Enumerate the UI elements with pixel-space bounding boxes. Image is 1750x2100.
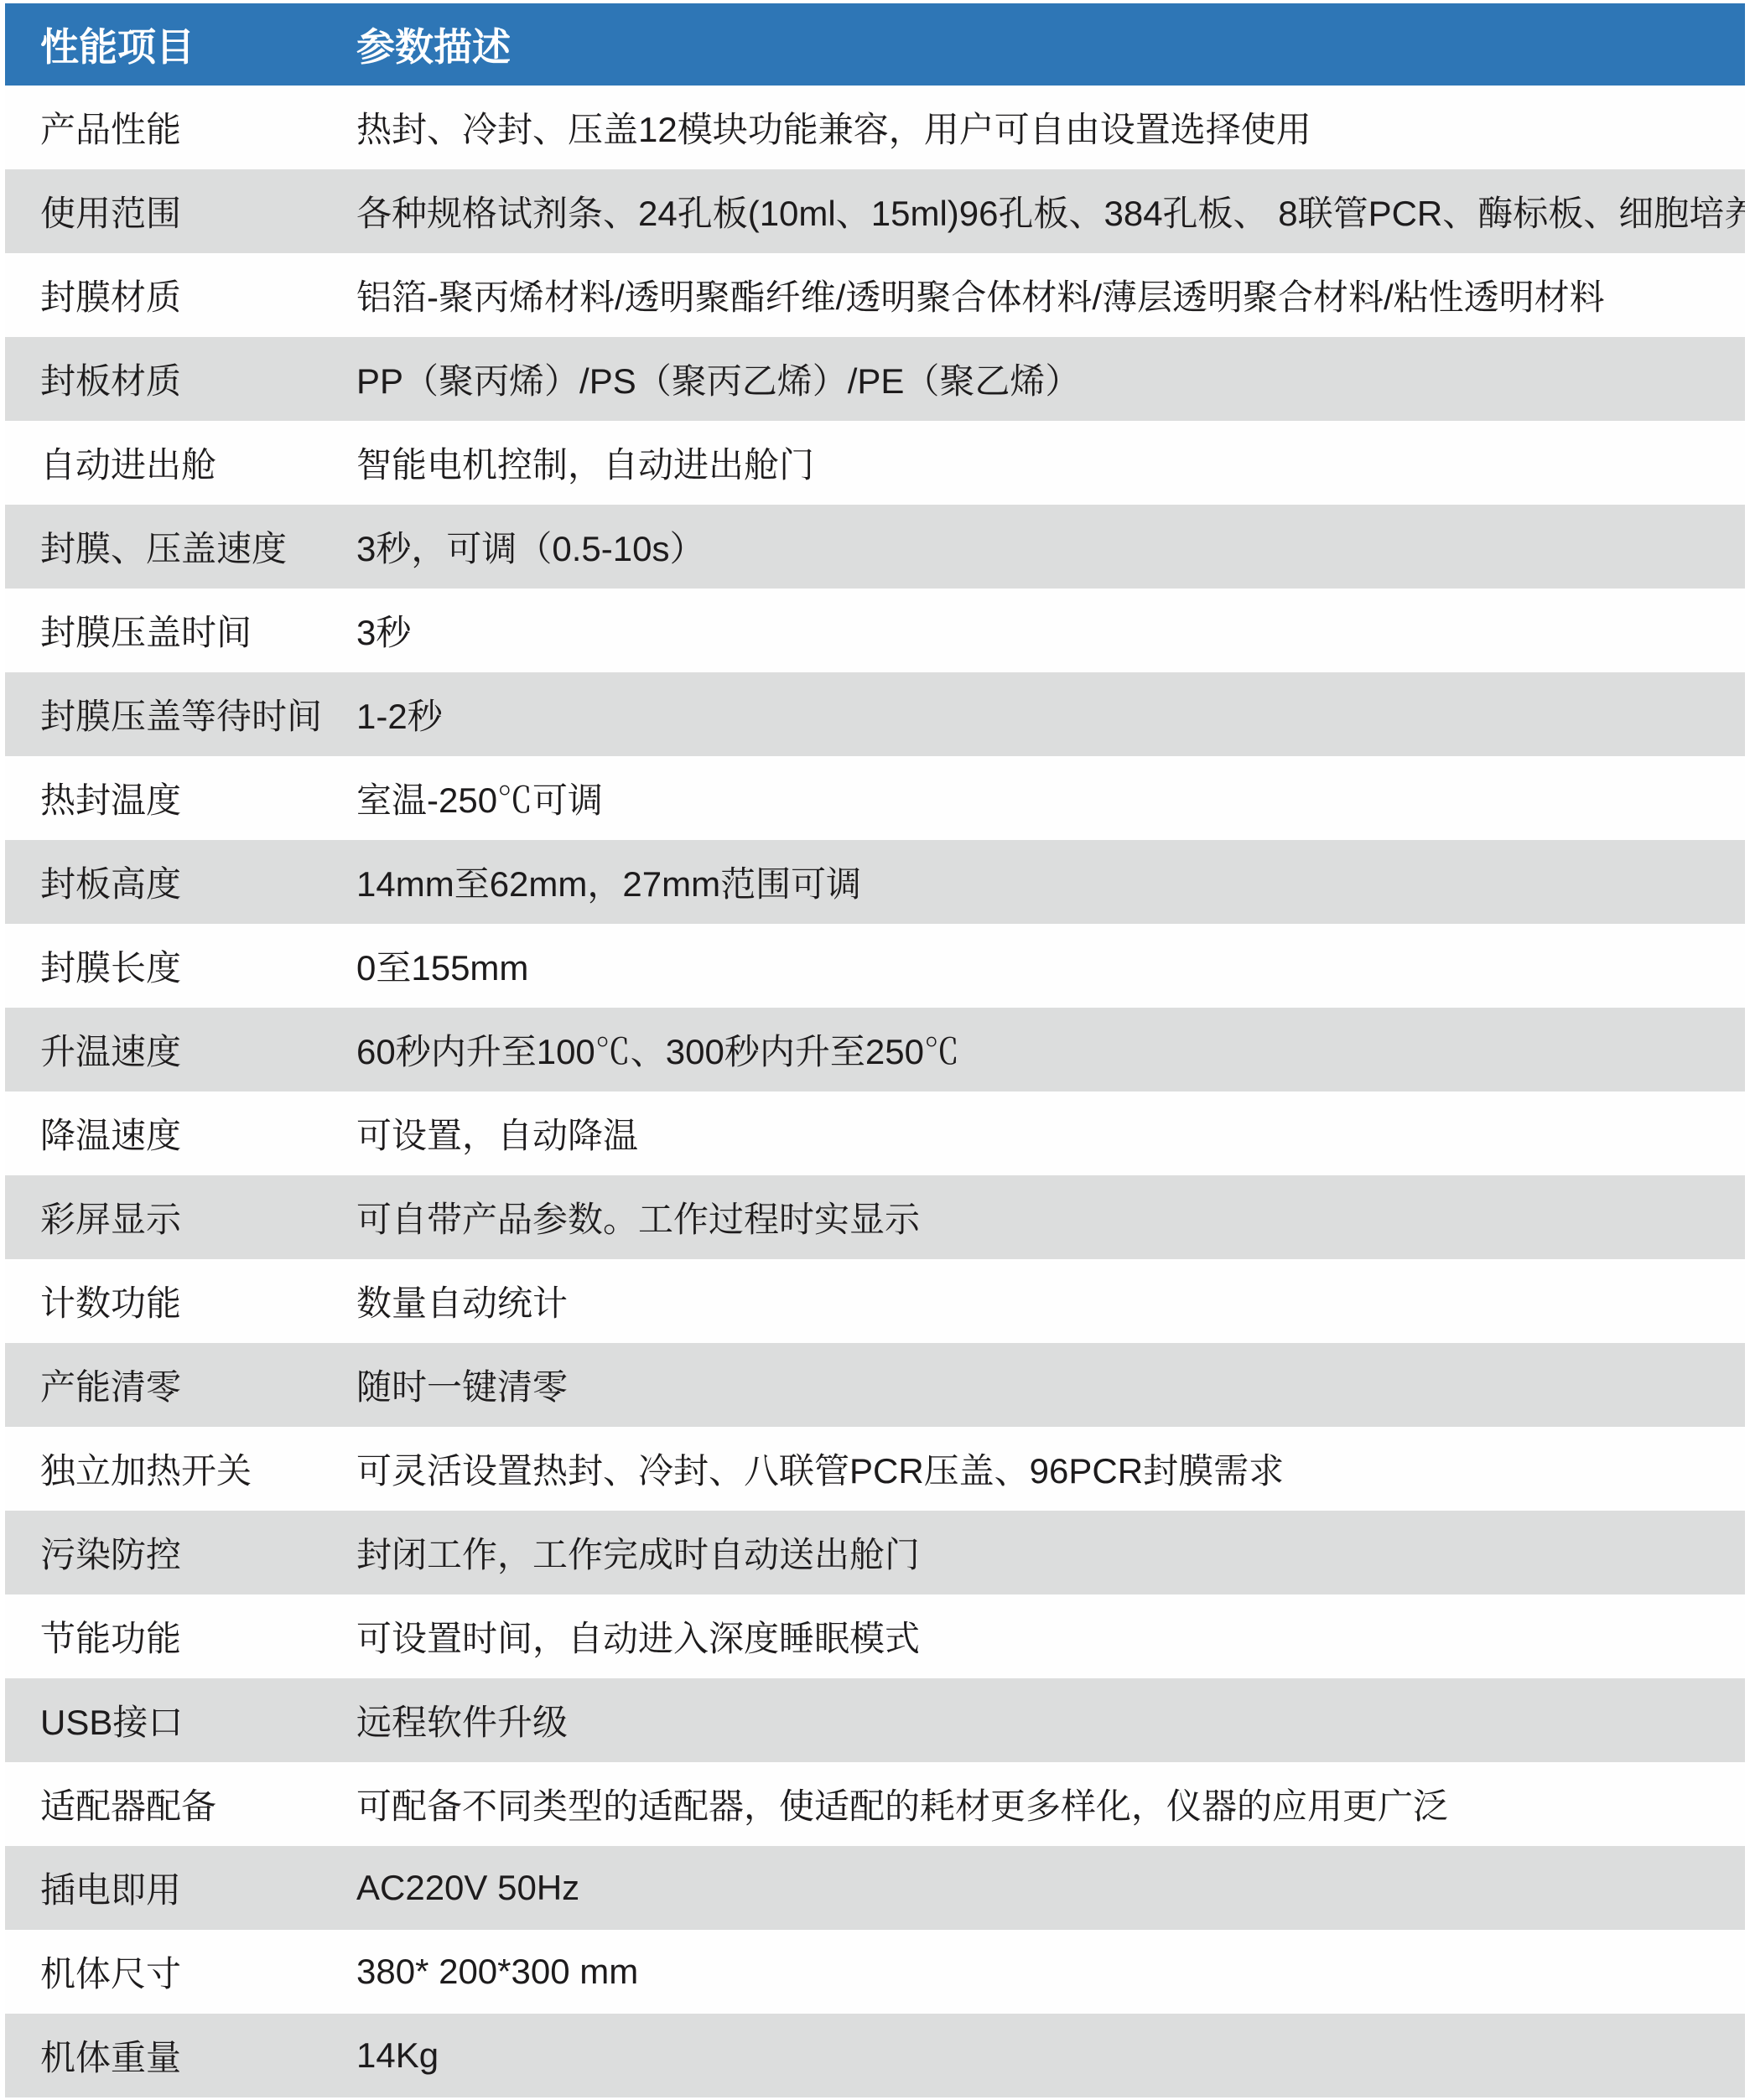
spec-value: 3秒，可调（0.5-10s） [356,521,1745,572]
spec-label: 封膜、压盖速度 [5,521,356,572]
spec-value: 3秒 [356,605,1745,656]
spec-value: 封闭工作，工作完成时自动送出舱门 [356,1527,1745,1578]
spec-value: 各种规格试剂条、24孔板(10ml、15ml)96孔板、384孔板、 8联管PC… [356,186,1745,236]
spec-label: 封膜材质 [5,270,356,320]
spec-row: 独立加热开关 可灵活设置热封、冷封、八联管PCR压盖、96PCR封膜需求 [5,1427,1745,1511]
spec-label: 封膜压盖等待时间 [5,689,356,739]
spec-label: 封膜压盖时间 [5,605,356,656]
spec-row: 产能清零 随时一键清零 [5,1343,1745,1427]
spec-row: 插电即用 AC220V 50Hz [5,1846,1745,1930]
spec-table: 性能项目 参数描述 产品性能 热封、冷封、压盖12模块功能兼容，用户可自由设置选… [5,3,1745,2097]
spec-label: 使用范围 [5,186,356,236]
spec-row: 机体重量 14Kg [5,2014,1745,2097]
spec-value: 可灵活设置热封、冷封、八联管PCR压盖、96PCR封膜需求 [356,1444,1745,1494]
spec-value: 远程软件升级 [356,1695,1745,1745]
header-col-label: 性能项目 [5,17,356,72]
spec-sheet-page: 性能项目 参数描述 产品性能 热封、冷封、压盖12模块功能兼容，用户可自由设置选… [0,0,1750,2100]
table-body: 产品性能 热封、冷封、压盖12模块功能兼容，用户可自由设置选择使用 使用范围 各… [5,86,1745,2097]
spec-row: 降温速度 可设置，自动降温 [5,1091,1745,1175]
spec-value: 室温-250℃可调 [356,773,1745,823]
spec-row: 彩屏显示 可自带产品参数。工作过程时实显示 [5,1175,1745,1259]
spec-label: 机体重量 [5,2030,356,2081]
spec-value: AC220V 50Hz [356,1868,1745,1908]
spec-value: 60秒内升至100℃、300秒内升至250℃ [356,1024,1745,1075]
spec-label: 封膜长度 [5,941,356,991]
spec-label: 独立加热开关 [5,1444,356,1494]
spec-label: 产品性能 [5,102,356,153]
spec-value: 1-2秒 [356,689,1745,739]
spec-label: 插电即用 [5,1863,356,1913]
spec-value: 数量自动统计 [356,1276,1745,1326]
spec-label: 自动进出舱 [5,438,356,488]
spec-row: 计数功能 数量自动统计 [5,1259,1745,1343]
spec-value: 可设置时间，自动进入深度睡眠模式 [356,1611,1745,1662]
spec-label: 升温速度 [5,1024,356,1075]
table-header-row: 性能项目 参数描述 [5,3,1745,86]
spec-row: 封膜压盖等待时间 1-2秒 [5,672,1745,756]
spec-label: USB接口 [5,1695,356,1745]
spec-label: 热封温度 [5,773,356,823]
spec-value: 14mm至62mm，27mm范围可调 [356,857,1745,907]
spec-row: 机体尺寸 380* 200*300 mm [5,1930,1745,2014]
spec-value: 可配备不同类型的适配器，使适配的耗材更多样化，仪器的应用更广泛 [356,1779,1745,1829]
spec-row: 封膜、压盖速度 3秒，可调（0.5-10s） [5,505,1745,589]
spec-label: 适配器配备 [5,1779,356,1829]
spec-label: 封板材质 [5,354,356,404]
spec-value: 0至155mm [356,941,1745,991]
spec-row: 封膜长度 0至155mm [5,924,1745,1008]
spec-label: 污染防控 [5,1527,356,1578]
spec-row: USB接口 远程软件升级 [5,1678,1745,1762]
spec-row: 节能功能 可设置时间，自动进入深度睡眠模式 [5,1594,1745,1678]
spec-value: 智能电机控制，自动进出舱门 [356,438,1745,488]
spec-row: 适配器配备 可配备不同类型的适配器，使适配的耗材更多样化，仪器的应用更广泛 [5,1762,1745,1846]
spec-row: 封膜压盖时间 3秒 [5,589,1745,672]
spec-value: 380* 200*300 mm [356,1952,1745,1992]
spec-row: 自动进出舱 智能电机控制，自动进出舱门 [5,421,1745,505]
header-col-value: 参数描述 [356,17,1745,72]
spec-row: 使用范围 各种规格试剂条、24孔板(10ml、15ml)96孔板、384孔板、 … [5,169,1745,253]
spec-label: 节能功能 [5,1611,356,1662]
spec-label: 机体尺寸 [5,1947,356,1997]
spec-value: PP（聚丙烯）/PS（聚丙乙烯）/PE（聚乙烯） [356,354,1745,404]
spec-value: 14Kg [356,2035,1745,2076]
spec-row: 产品性能 热封、冷封、压盖12模块功能兼容，用户可自由设置选择使用 [5,86,1745,169]
spec-value: 随时一键清零 [356,1360,1745,1410]
spec-row: 封板高度 14mm至62mm，27mm范围可调 [5,840,1745,924]
spec-row: 热封温度 室温-250℃可调 [5,756,1745,840]
spec-label: 计数功能 [5,1276,356,1326]
spec-label: 彩屏显示 [5,1192,356,1242]
spec-value: 可自带产品参数。工作过程时实显示 [356,1192,1745,1242]
spec-row: 封膜材质 铝箔-聚丙烯材料/透明聚酯纤维/透明聚合体材料/薄层透明聚合材料/粘性… [5,253,1745,337]
spec-label: 产能清零 [5,1360,356,1410]
spec-row: 封板材质 PP（聚丙烯）/PS（聚丙乙烯）/PE（聚乙烯） [5,337,1745,421]
spec-value: 热封、冷封、压盖12模块功能兼容，用户可自由设置选择使用 [356,102,1745,153]
spec-label: 封板高度 [5,857,356,907]
spec-label: 降温速度 [5,1108,356,1159]
spec-value: 铝箔-聚丙烯材料/透明聚酯纤维/透明聚合体材料/薄层透明聚合材料/粘性透明材料 [356,270,1745,320]
spec-row: 升温速度 60秒内升至100℃、300秒内升至250℃ [5,1008,1745,1091]
spec-row: 污染防控 封闭工作，工作完成时自动送出舱门 [5,1511,1745,1594]
spec-value: 可设置，自动降温 [356,1108,1745,1159]
